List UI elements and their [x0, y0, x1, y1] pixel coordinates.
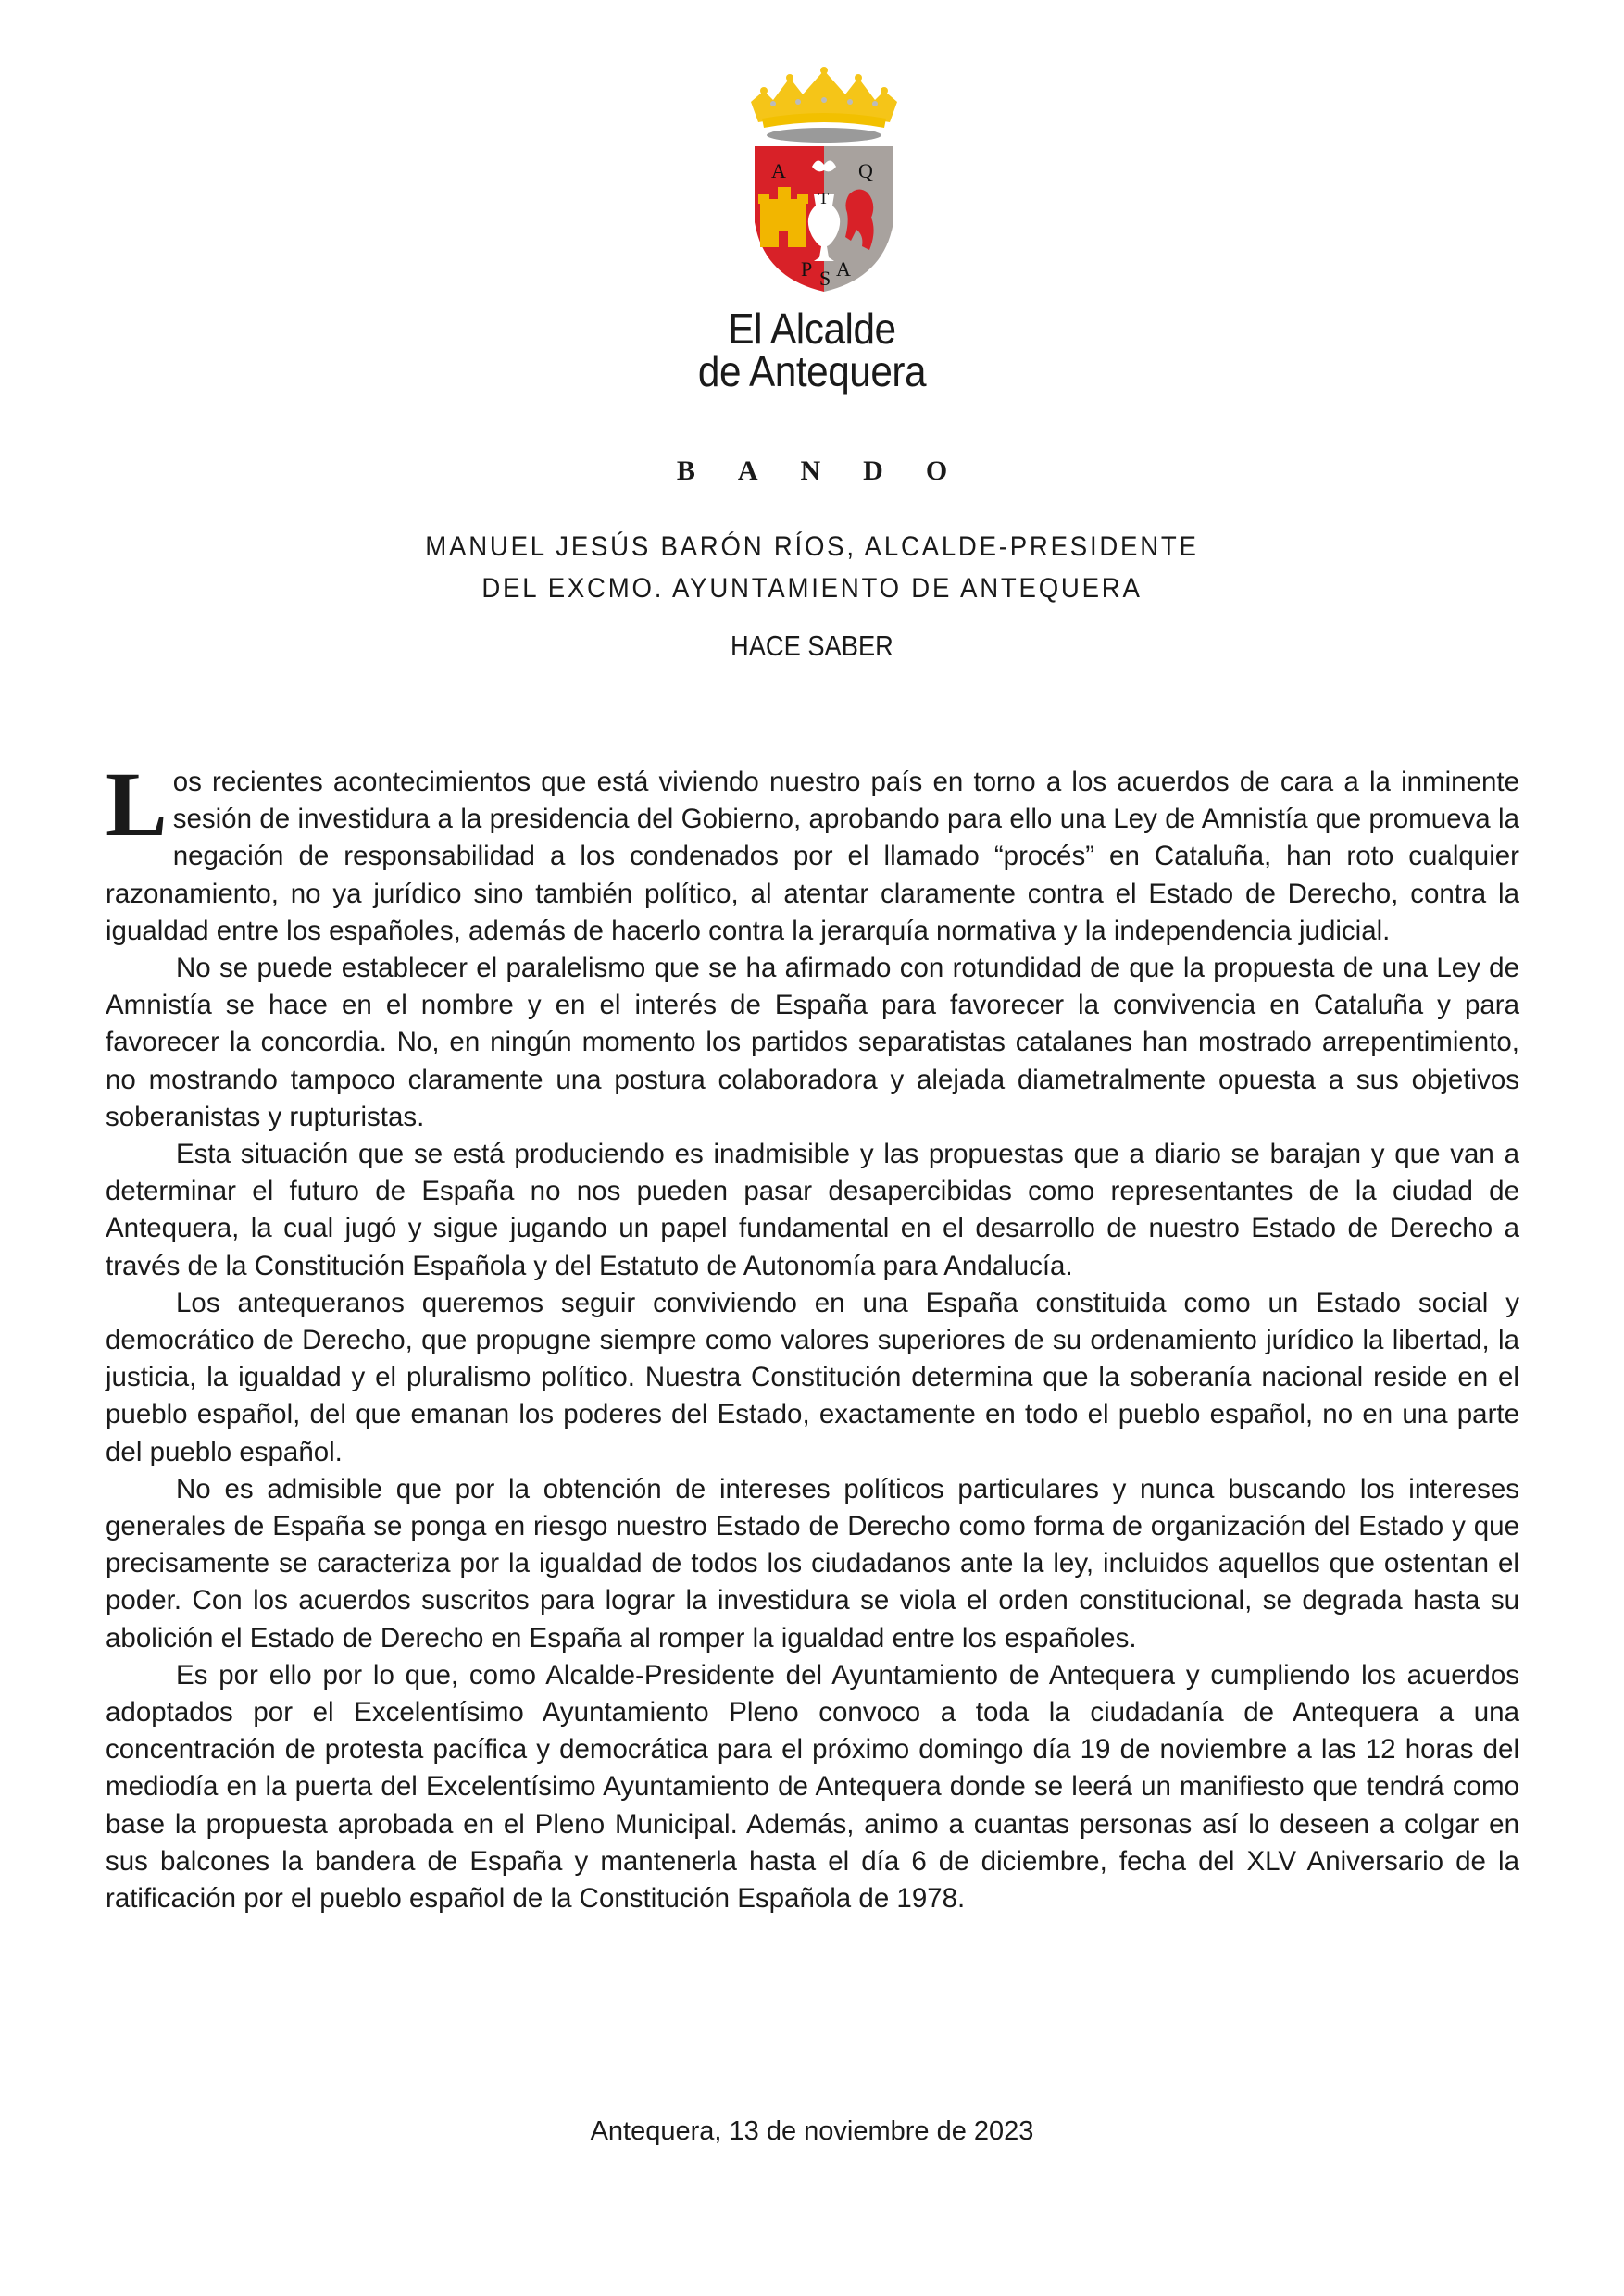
proclamation-heading: HACE SABER — [0, 630, 1624, 663]
signatory-line-2: DEL EXCMO. AYUNTAMIENTO DE ANTEQUERA — [65, 568, 1559, 609]
crest-letter-a2: A — [836, 257, 851, 281]
crest-letter-t: T — [818, 189, 829, 207]
letterhead: El Alcalde de Antequera — [0, 307, 1624, 393]
signatory-line-1: MANUEL JESÚS BARÓN RÍOS, ALCALDE-PRESIDE… — [65, 526, 1559, 568]
signatory: MANUEL JESÚS BARÓN RÍOS, ALCALDE-PRESIDE… — [0, 526, 1624, 609]
document-page: A Q T P S A El Alcalde de Antequera BAND… — [0, 0, 1624, 2296]
paragraph: No es admisible que por la obtención de … — [106, 1471, 1519, 1657]
paragraph: No se puede establecer el paralelismo qu… — [106, 950, 1519, 1136]
crest-letter-p: P — [801, 257, 812, 281]
crest-letter-a: A — [771, 159, 786, 182]
castle-icon — [758, 187, 808, 247]
paragraph: Los antequeranos queremos seguir convivi… — [106, 1285, 1519, 1471]
body-text: Los recientes acontecimientos que está v… — [106, 764, 1519, 1917]
document-title: BANDO — [0, 455, 1624, 487]
paragraph: Es por ello por lo que, como Alcalde-Pre… — [106, 1657, 1519, 1917]
paragraph: Los recientes acontecimientos que está v… — [106, 764, 1519, 950]
coat-of-arms-icon: A Q T P S A — [745, 65, 903, 296]
crest-letter-s: S — [819, 267, 831, 290]
paragraph: Esta situación que se está produciendo e… — [106, 1136, 1519, 1285]
date-line: Antequera, 13 de noviembre de 2023 — [0, 2116, 1624, 2147]
letterhead-line-1: El Alcalde — [65, 307, 1559, 350]
drop-cap: L — [106, 767, 168, 842]
crest-letter-q: Q — [858, 159, 873, 182]
letterhead-line-2: de Antequera — [65, 350, 1559, 393]
crown-icon — [751, 67, 897, 143]
